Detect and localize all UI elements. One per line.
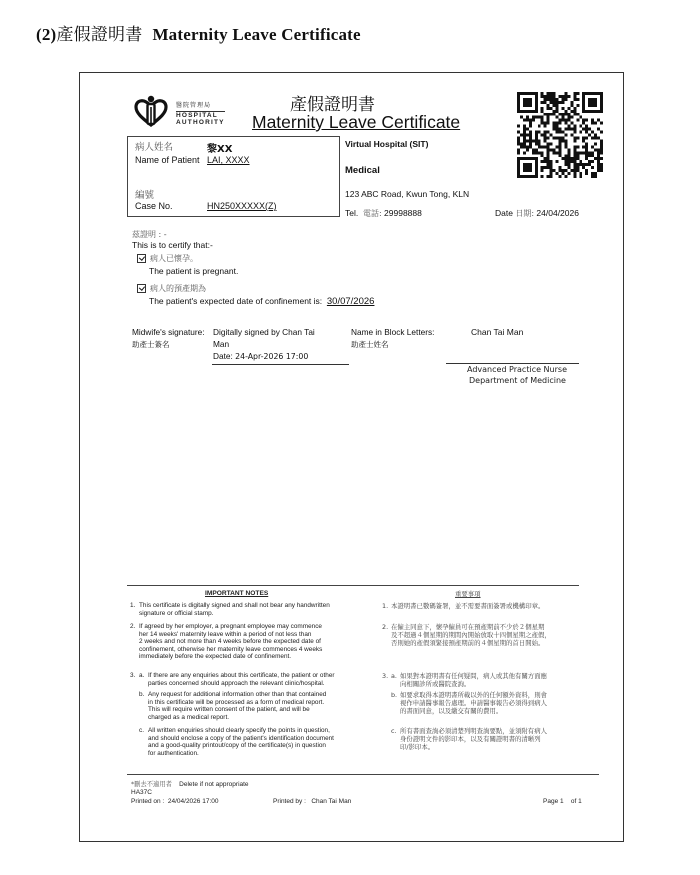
logo-text: 醫院管理局 HOSPITAL AUTHORITY <box>176 103 225 127</box>
note-en-3c-text: All written enquiries should clearly spe… <box>148 727 334 757</box>
page-indicator: Page 1 of 1 <box>543 798 582 805</box>
notes-zh: 1.本證明書已數碼簽署，並不需要書面簽署或機構印章。2.在僱主同意下，懷孕僱員可… <box>382 602 612 772</box>
block-letters-label-zh: 助產士姓名 <box>351 339 389 350</box>
note-zh-3b-letter: b. <box>391 691 397 699</box>
note-zh-3a-letter: a. <box>391 672 397 680</box>
signature-date-value: 24-Apr-2026 17:00 <box>235 352 308 361</box>
note-en-2-text: If agreed by her employer, a pregnant em… <box>139 623 322 661</box>
hospital-department: Medical <box>345 165 380 176</box>
document-heading: (2)產假證明書Maternity Leave Certificate <box>36 20 361 45</box>
tel-label: Tel. <box>345 208 358 218</box>
case-label-zh: 編號 <box>135 187 154 201</box>
delete-note-en: Delete if not appropriate <box>179 781 248 788</box>
logo-name-zh: 醫院管理局 <box>176 103 225 112</box>
hospital-tel: Tel. 電話: 29998888 <box>345 208 422 219</box>
total-pages: 1 <box>578 798 582 805</box>
checkbox-pregnant-icon <box>137 254 146 263</box>
notes-top-divider <box>127 585 579 586</box>
patient-name-zh: 黎XX <box>207 140 232 155</box>
tel-number: 29998888 <box>384 208 422 218</box>
note-en-3c-letter: c. <box>139 727 144 735</box>
note-en-3a-text: If there are any enquiries about this ce… <box>148 672 335 687</box>
name-line <box>446 363 579 364</box>
certify-item-edc-zh: 病人的預產期為 <box>137 283 206 294</box>
notes-heading-zh: 重要事項 <box>455 590 481 598</box>
certify-item-text-zh: 病人的預產期為 <box>150 284 206 293</box>
signature-date: Date: 24-Apr-2026 17:00 <box>213 351 308 361</box>
hospital-authority-logo-icon <box>134 94 168 128</box>
page-number: 1 <box>560 798 564 805</box>
certify-intro-zh: 茲證明 : - <box>132 229 167 240</box>
date-value: 24/04/2026 <box>536 208 579 218</box>
midwife-signature-label-zh: 助產士簽名 <box>132 339 170 350</box>
note-zh-3c-letter: c. <box>391 727 397 735</box>
note-zh-3c-text: 所有書面查詢必須清楚列明查詢要點，並須附有病人身份證明文件的影印本，以及有關證明… <box>400 727 547 752</box>
signer-department: Department of Medicine <box>469 376 566 385</box>
checkbox-edc-icon <box>137 284 146 293</box>
signature-line <box>212 364 349 365</box>
certify-item-edc-en: The patient's expected date of confineme… <box>149 296 374 307</box>
logo-name-en-2: AUTHORITY <box>176 119 225 127</box>
patient-name-label-en: Name of Patient <box>135 155 200 165</box>
heading-number: (2) <box>36 25 56 44</box>
digital-signature-line1: Digitally signed by Chan Tai <box>213 327 315 337</box>
notes-heading-en: IMPORTANT NOTES <box>205 590 268 598</box>
case-number: HN250XXXXX(Z) <box>207 201 277 211</box>
printed-on: Printed on : 24/04/2026 17:00 <box>131 798 218 805</box>
patient-name-label-zh: 病人姓名 <box>135 139 173 153</box>
note-en-3a-number: 3. <box>130 672 135 680</box>
note-zh-1-text: 本證明書已數碼簽署，並不需要書面簽署或機構印章。 <box>391 602 544 610</box>
block-letters-label: Name in Block Letters: <box>351 327 434 337</box>
certify-item-text-zh: 病人已懷孕。 <box>150 254 198 263</box>
notes-bottom-divider <box>127 774 599 775</box>
note-zh-3a-number: 3. <box>382 672 388 680</box>
certify-item-pregnant-zh: 病人已懷孕。 <box>137 253 198 264</box>
patient-name-en: LAI, XXXX <box>207 155 250 165</box>
date-label: Date <box>495 208 513 218</box>
signature-date-label: Date: <box>213 351 233 361</box>
note-en-1-text: This certificate is digitally signed and… <box>139 602 330 617</box>
note-zh-3b-text: 如要求取得本證明書所載以外的任何額外資料，則會視作申請醫事報告處理。申請醫事報告… <box>400 691 547 716</box>
issue-date: Date 日期: 24/04/2026 <box>495 208 579 219</box>
heading-title-zh: 產假證明書 <box>56 25 142 45</box>
note-zh-2-number: 2. <box>382 623 388 631</box>
certificate-title-en: Maternity Leave Certificate <box>252 112 460 133</box>
printed-on-label: Printed on : <box>131 798 164 805</box>
tel-label-zh: 電話: <box>363 209 382 218</box>
case-label-en: Case No. <box>135 201 173 211</box>
expected-confinement-date: 30/07/2026 <box>327 296 375 307</box>
note-en-3b-letter: b. <box>139 691 144 699</box>
printed-by-value: Chan Tai Man <box>311 798 351 805</box>
delete-note: *刪去不適用者 Delete if not appropriate <box>131 779 249 788</box>
hospital-address: 123 ABC Road, Kwun Tong, KLN <box>345 189 469 199</box>
note-en-2-number: 2. <box>130 623 135 631</box>
note-zh-1-number: 1. <box>382 602 388 610</box>
logo-name-en-1: HOSPITAL <box>176 112 225 120</box>
printed-by: Printed by : Chan Tai Man <box>273 798 351 805</box>
block-letters-name: Chan Tai Man <box>471 327 523 337</box>
note-zh-3a-text: 如果對本證明書有任何疑問，病人或其他有關方面應向相關診所或醫院查詢。 <box>400 672 547 688</box>
qr-code-icon <box>517 92 603 178</box>
delete-note-zh: *刪去不適用者 <box>131 781 172 788</box>
note-en-3b-text: Any request for additional information o… <box>148 691 326 721</box>
note-en-1-number: 1. <box>130 602 135 610</box>
midwife-signature-label: Midwife's signature: <box>132 327 205 337</box>
page-label: Page <box>543 798 558 805</box>
digital-signature-line2: Man <box>213 339 229 349</box>
form-code: HA37C <box>131 789 152 796</box>
hospital-name: Virtual Hospital (SIT) <box>345 139 428 149</box>
notes-en: 1.This certificate is digitally signed a… <box>130 602 370 772</box>
printed-on-value: 24/04/2026 17:00 <box>168 798 219 805</box>
date-label-zh: 日期: <box>515 209 534 218</box>
edc-label: The patient's expected date of confineme… <box>149 296 322 306</box>
note-en-3a-letter: a. <box>139 672 144 680</box>
of-label: of <box>571 798 576 805</box>
certify-item-pregnant-en: The patient is pregnant. <box>149 266 238 276</box>
printed-by-label: Printed by : <box>273 798 306 805</box>
heading-title-en: Maternity Leave Certificate <box>152 25 360 44</box>
certify-intro-en: This is to certify that:- <box>132 240 213 250</box>
note-zh-2-text: 在僱主同意下，懷孕僱員可在預產期前不少於２個星期及不超過４個星期的期間內開始放取… <box>391 623 551 648</box>
signer-position: Advanced Practice Nurse <box>467 365 567 374</box>
